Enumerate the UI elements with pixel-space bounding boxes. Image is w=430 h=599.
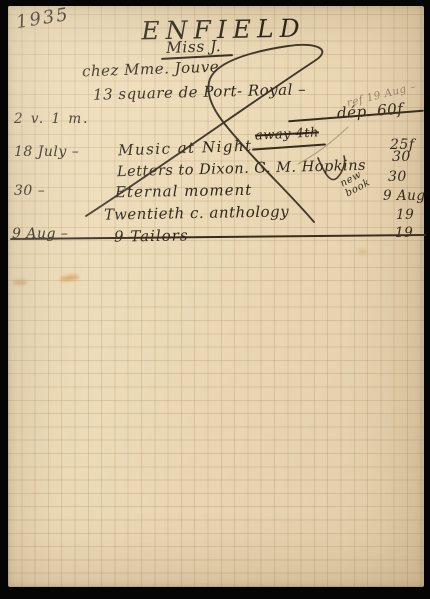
paper-stain [13, 280, 27, 285]
cardholder-surname: ENFIELD [136, 13, 311, 45]
terms-note: 2 v. 1 m. [14, 111, 89, 127]
entry-return-1: 30 [392, 149, 411, 165]
entry-return-5: 19 [395, 225, 413, 241]
address-line-1: chez Mme. Jouve [82, 58, 220, 81]
year-label: 1935 [15, 4, 71, 33]
entry-title-3: Eternal moment [115, 181, 253, 201]
entry-title-2: Letters to Dixon. G. M. Hopkins [117, 158, 366, 181]
cardholder-salutation: Miss J. [166, 37, 222, 57]
entry-date-1: 18 July – [14, 144, 79, 160]
index-card: 1935 ENFIELD Miss J. chez Mme. Jouve 13 … [8, 6, 424, 587]
closing-rule [10, 234, 426, 240]
scanned-lending-card: 1935 ENFIELD Miss J. chez Mme. Jouve 13 … [0, 0, 430, 599]
entry-return-2: 30 [388, 169, 407, 185]
address-line-2: 13 square de Port- Royal – [93, 80, 307, 104]
entry-date-5: 9 Aug – [12, 226, 68, 242]
entry-title-4: Twentieth c. anthology [104, 202, 289, 223]
paper-stain [60, 274, 80, 283]
entry-return-3: 9 Aug [383, 188, 425, 204]
paper-stain [357, 249, 368, 255]
away-underline [252, 143, 326, 150]
entry-return-4: 19 [396, 207, 414, 223]
away-note: away 4th [255, 125, 320, 143]
entry-title-1: Music at Night [118, 137, 253, 160]
entry-date-3: 30 – [14, 183, 45, 199]
